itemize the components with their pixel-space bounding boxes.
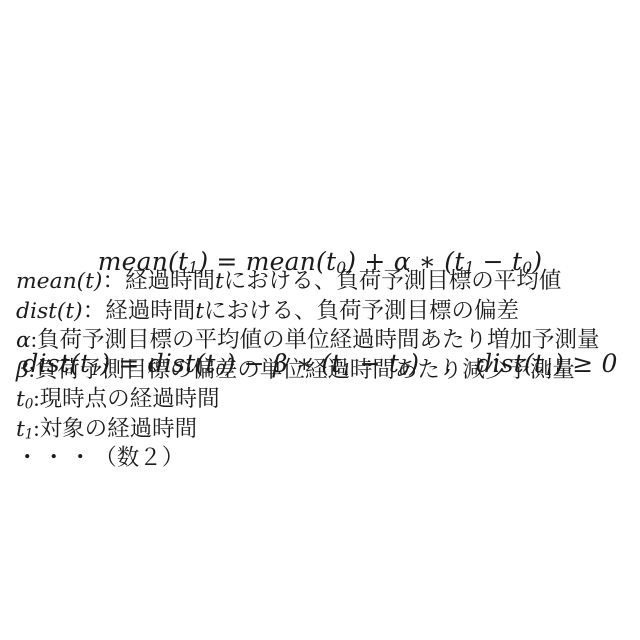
definition-list: mean(t)：経過時間tにおける、負荷予測目標の平均値dist(t)：経過時間…	[16, 267, 634, 473]
ellipsis-dots: ・・・	[16, 445, 96, 470]
definition-term: t0	[16, 387, 33, 412]
description-text: 負荷予測目標の平均値の単位経過時間あたり増加予測量	[37, 327, 600, 352]
definition-description: 経過時間tにおける、負荷予測目標の平均値	[125, 268, 561, 293]
definition-lines: mean(t)：経過時間tにおける、負荷予測目標の平均値dist(t)：経過時間…	[16, 267, 634, 444]
definition-term: α	[16, 328, 31, 353]
description-text: における、負荷予測目標の平均値	[224, 268, 562, 293]
definition-separator: ：	[83, 298, 106, 323]
definition-description: 経過時間tにおける、負荷予測目標の偏差	[105, 298, 519, 323]
description-text: 対象の経過時間	[40, 416, 198, 441]
definition-line: α:負荷予測目標の平均値の単位経過時間あたり増加予測量	[16, 326, 634, 356]
formula-figure: mean(t1) = mean(t0) + α ∗ (t1 − t0) dist…	[0, 0, 640, 640]
definition-term: dist(t)	[16, 299, 83, 324]
definition-description: 負荷予測目標の偏差の単位経過時間あたり減少予測量	[35, 357, 575, 382]
description-text: 経過時間	[125, 268, 215, 293]
definition-description: 負荷予測目標の平均値の単位経過時間あたり増加予測量	[37, 327, 600, 352]
definition-line: β:負荷予測目標の偏差の単位経過時間あたり減少予測量	[16, 356, 634, 386]
definition-description: 対象の経過時間	[40, 416, 198, 441]
definition-term: mean(t)	[16, 269, 102, 294]
definition-separator: ：	[102, 268, 125, 293]
definition-line: mean(t)：経過時間tにおける、負荷予測目標の平均値	[16, 267, 634, 297]
definition-description: 現時点の経過時間	[40, 386, 220, 411]
definition-term: t1	[16, 417, 33, 442]
definition-line: dist(t)：経過時間tにおける、負荷予測目標の偏差	[16, 297, 634, 327]
equation-number-line: ・・・（数２）	[16, 444, 634, 473]
description-text: における、負荷予測目標の偏差	[204, 298, 519, 323]
description-text: 負荷予測目標の偏差の単位経過時間あたり減少予測量	[35, 357, 575, 382]
description-text: 経過時間	[105, 298, 195, 323]
definition-line: t1:対象の経過時間	[16, 415, 634, 445]
math-variable: t	[215, 269, 224, 294]
equation-number-label: （数２）	[106, 445, 185, 470]
definition-term: β	[16, 358, 29, 383]
math-variable: t	[195, 299, 204, 324]
page: { "page": { "background": "#ffffff", "te…	[0, 0, 640, 640]
description-text: 現時点の経過時間	[40, 386, 220, 411]
definition-line: t0:現時点の経過時間	[16, 385, 634, 415]
